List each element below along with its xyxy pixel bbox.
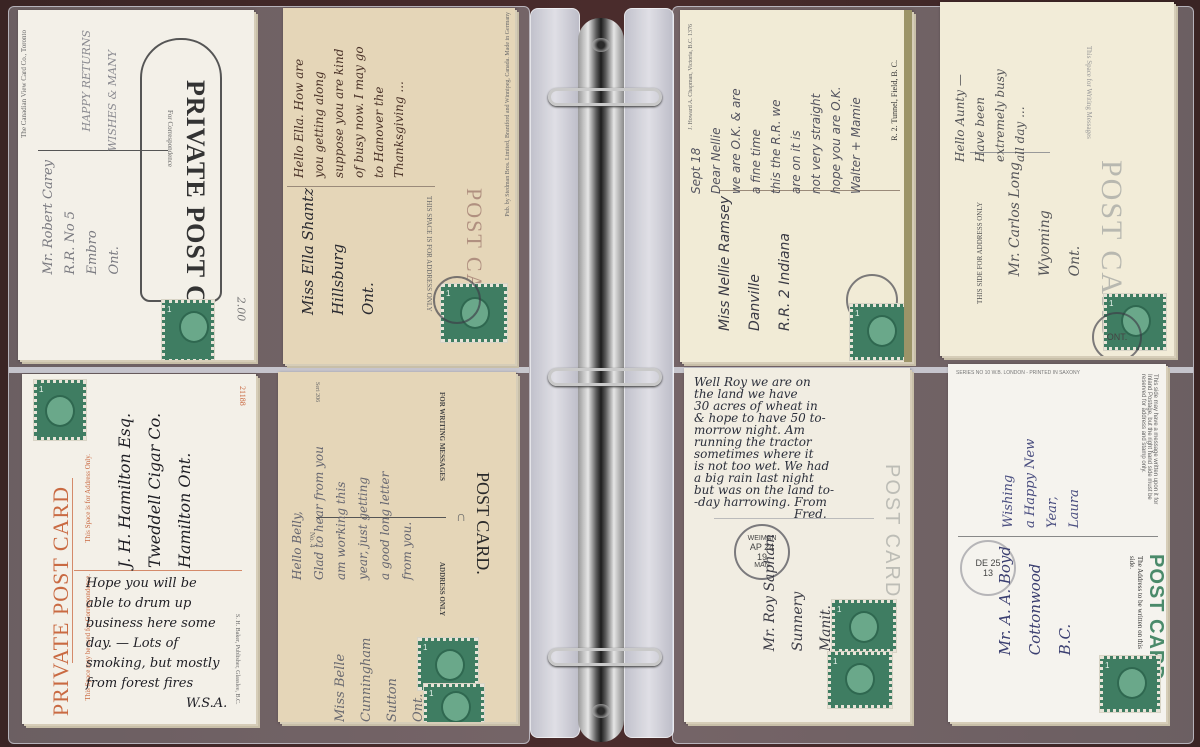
address-note: ADDRESS ONLY: [438, 562, 446, 616]
serial-number: 21188: [238, 386, 247, 406]
publisher-text: Pub. by Stedman Bros. Limited, Brantford…: [505, 12, 511, 217]
king-portrait-icon: [867, 315, 897, 347]
message-block: Hello Belly, Glad to hear from you am wo…: [286, 380, 418, 580]
binder-album: The Canadian View Card Co., Toronto PRIV…: [0, 0, 1200, 747]
publisher-text: SERIES NO 10 W.B. LONDON - PRINTED IN SA…: [956, 370, 1080, 376]
postcard-private-post-card-carey: The Canadian View Card Co., Toronto PRIV…: [18, 10, 254, 360]
address-block: J. H. Hamilton Esq. Tweddell Cigar Co. H…: [110, 378, 200, 568]
address-instruction: The Address to be written on this side.: [1128, 556, 1144, 656]
rivet-icon: [592, 38, 610, 52]
postcard-cunningham: Seri 206 FOR WRITING MESSAGES ADDRESS ON…: [278, 372, 516, 722]
horseshoe-emblem-icon: ∩: [456, 510, 466, 526]
king-portrait-icon: [1117, 667, 1147, 699]
king-portrait-icon: [441, 691, 471, 722]
publisher-text: The Canadian View Card Co., Toronto: [20, 30, 28, 138]
greeting-text: HAPPY RETURNS: [78, 30, 96, 131]
card-edge-weathered: [904, 10, 912, 362]
king-portrait-icon: [179, 311, 209, 343]
greeting-wishes: WISHES & MANY: [104, 50, 122, 151]
address-note: THIS SPACE IS FOR ADDRESS ONLY: [425, 196, 433, 312]
address-line: R.R. No 5: [63, 211, 78, 275]
stamp: 1: [34, 380, 86, 440]
king-portrait-icon: [845, 663, 875, 695]
stamp: 1: [162, 300, 214, 360]
postmark: [433, 276, 481, 324]
divider-line: [287, 186, 435, 187]
address-block: Miss Nellie Ramsey Danville R.R. 2 India…: [710, 196, 800, 331]
publisher-text: S. H. Baker, Publisher, Glasslee, B.C.: [234, 614, 240, 705]
address-line: Embro: [85, 230, 100, 274]
king-portrait-icon: [849, 611, 879, 643]
address-block: Miss Belle Cunningham Sutton Ont.: [328, 572, 432, 722]
address-block: Mr. Roy Sapham Sunnery Manit.: [756, 534, 840, 651]
message-block: Sept 18 Dear Nellie we are O.K. & are a …: [686, 24, 866, 194]
binder-ring-middle[interactable]: [548, 368, 662, 386]
message-block: Hope you will be able to drum up busines…: [86, 574, 227, 714]
postcard-ramsey: J. Howard A. Chapman, Victoria, B.C. 137…: [680, 10, 912, 362]
address-block: Mr. A. A. Boyd Cottonwood B.C.: [990, 546, 1080, 655]
divider-line: [958, 536, 1158, 537]
rivet-icon: [592, 704, 610, 718]
stamp: 1: [832, 600, 896, 652]
binder-ring-top[interactable]: [548, 88, 662, 106]
card-heading: POST CARD.: [472, 472, 493, 575]
stamp: 1: [418, 638, 478, 690]
postcard-sapham: POST CARD Well Roy we are on the land we…: [684, 368, 910, 722]
address-block: Mr. Robert Carey R.R. No 5 Embro Ont.: [38, 160, 126, 275]
message-block: Wishing a Happy New Year, Laura: [998, 378, 1086, 528]
address-line: Ont.: [107, 246, 122, 274]
message-block: Hello Ella. How are you getting along su…: [289, 18, 409, 178]
king-portrait-icon: [45, 395, 75, 427]
card-caption: R. 2. Tunnel, Field, B. C.: [890, 60, 899, 141]
message-block: Hello Aunty — Have been extremely busy a…: [950, 12, 1030, 162]
address-note: This Space is for Address Only.: [84, 454, 92, 543]
postcard-boyd: SERIES NO 10 W.B. LONDON - PRINTED IN SA…: [948, 364, 1166, 722]
king-portrait-icon: [435, 649, 465, 681]
stamp: 1: [1100, 656, 1160, 712]
pencil-note: 2.00: [231, 297, 249, 322]
postcard-shantz: Pub. by Stedman Bros. Limited, Brantford…: [283, 8, 515, 364]
correspondence-label: For Correspondence: [166, 110, 174, 167]
inland-postage-instructions: This side may have a message written upo…: [1140, 374, 1158, 514]
address-line: Mr. Robert Carey: [41, 160, 56, 275]
stamp: 1: [850, 304, 912, 360]
address-note: THIS SIDE FOR ADDRESS ONLY: [976, 202, 984, 304]
address-block: Mr. Carlos Long Wyoming Ont.: [1000, 162, 1090, 276]
divider-line: [38, 150, 168, 151]
postcard-long: This Space for Writing Messages POST CAR…: [940, 2, 1174, 356]
postmark: ONT.: [1092, 312, 1142, 356]
card-heading: PRIVATE POST CARD: [48, 486, 74, 716]
binder-ring-bottom[interactable]: [548, 648, 662, 666]
message-space-label: This Space for Writing Messages: [1085, 46, 1093, 139]
stamp: 1: [424, 684, 484, 722]
card-heading: POST CARD: [880, 464, 903, 598]
message-note: FOR WRITING MESSAGES: [438, 392, 446, 481]
message-block: Well Roy we are on the land we have 30 a…: [694, 376, 834, 520]
postcard-hamilton: 21188 PRIVATE POST CARD This Space is fo…: [22, 374, 256, 724]
divider-line: [74, 570, 242, 571]
stamp: 1: [828, 652, 892, 708]
address-block: Miss Ella Shantz Hillsburg Ont.: [293, 188, 383, 315]
